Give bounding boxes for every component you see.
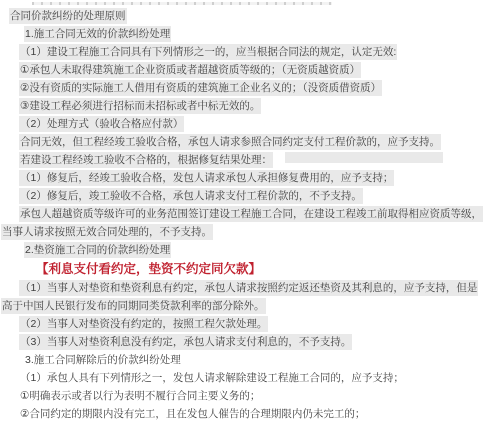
doc-line: 合同无效，但工程经竣工验收合格，承包人请求参照合同约定支付工程价款的，应予支持。 — [19, 133, 495, 151]
doc-line: ②没有资质的实际施工人借用有资质的建筑施工企业名义的；（没资质借资质） — [19, 79, 495, 97]
section-1-heading-text: 1.施工合同无效的价款纠纷处理 — [24, 26, 171, 42]
doc-line-text: （1）承包人具有下列情形之一，发包人请求解除建设工程施工合同的，应予支持； — [19, 370, 405, 386]
doc-line-text: 合同无效，但工程经竣工验收合格，承包人请求参照合同约定支付工程价款的，应予支持。 — [19, 134, 441, 150]
page-title-text: 合同价款纠纷的处理原则 — [9, 8, 127, 24]
doc-line-text: （1）建设工程施工合同具有下列情形之一的，应当根据合同法的规定，认定无效: — [19, 44, 397, 60]
doc-line-text: （1）当事人对垫资和垫资利息有约定，承包人请求按照约定返还垫资及其利息的，应予支… — [19, 280, 478, 296]
section-3-heading: 3.施工合同解除后的价款纠纷处理 — [24, 351, 495, 369]
doc-line: （1）当事人对垫资和垫资利息有约定，承包人请求按照约定返还垫资及其利息的，应予支… — [19, 279, 495, 297]
section-3-heading-text: 3.施工合同解除后的价款纠纷处理 — [24, 352, 182, 368]
section-1-heading: 1.施工合同无效的价款纠纷处理 — [24, 25, 495, 43]
doc-line: （2）修复后，竣工验收不合格，承包人请求支付工程价款的，不予支持。 — [19, 187, 495, 205]
doc-line: 若建设工程经竣工验收不合格的，根据修复结果处理： — [19, 151, 495, 169]
doc-line: （2）处理方式（验收合格应付款） — [19, 115, 495, 133]
doc-line: ①明确表示或者以行为表明不履行合同主要义务的； — [19, 387, 495, 405]
doc-line-text: （3）当事人对垫资利息没有约定，承包人请求支付利息的，不予支持。 — [19, 334, 352, 350]
doc-line-text: ①承包人未取得建筑施工企业资质或者超越资质等级的；（无资质越资质） — [19, 62, 361, 78]
keypoint-text: 【利息支付看约定，垫资不约定同欠款】 — [35, 260, 262, 278]
section-2-heading-text: 2.垫资施工合同的价款纠纷处理 — [24, 242, 171, 258]
doc-line: （1）修复后，经竣工验收合格，发包人请求承包人承担修复费用的，应予支持； — [19, 169, 495, 187]
doc-line: 高于中国人民银行发布的同期同类贷款利率的部分除外。 — [1, 297, 495, 315]
doc-line-text: 高于中国人民银行发布的同期同类贷款利率的部分除外。 — [1, 298, 266, 314]
section-2-heading: 2.垫资施工合同的价款纠纷处理 — [24, 241, 495, 259]
doc-line-text: 当事人请求按照无效合同处理的，不予支持。 — [1, 224, 213, 240]
clipped-previous-line — [32, 2, 332, 5]
doc-line-text: 若建设工程经竣工验收不合格的，根据修复结果处理： — [19, 152, 273, 168]
doc-line-text: （2）修复后，竣工验收不合格，承包人请求支付工程价款的，不予支持。 — [19, 188, 363, 204]
page-title: 合同价款纠纷的处理原则 — [9, 7, 495, 25]
doc-line-text: ②合同约定的期限内没有完工，且在发包人催告的合理期限内仍未完工的； — [19, 406, 366, 422]
doc-line: ②合同约定的期限内没有完工，且在发包人催告的合理期限内仍未完工的； — [19, 405, 495, 423]
doc-line-text: ③建设工程必须进行招标而未招标或者中标无效的。 — [19, 98, 261, 114]
doc-line: ①承包人未取得建筑施工企业资质或者超越资质等级的；（无资质越资质） — [19, 61, 495, 79]
doc-line: ③建设工程必须进行招标而未招标或者中标无效的。 — [19, 97, 495, 115]
doc-line-text: ②没有资质的实际施工人借用有资质的建筑施工企业名义的；（没资质借资质） — [19, 80, 382, 96]
doc-line: （2）当事人对垫资没有约定的，按照工程欠款处理。 — [19, 315, 495, 333]
trailing-highlight-bar — [285, 152, 443, 163]
doc-line-text: （2）处理方式（验收合格应付款） — [19, 116, 184, 132]
doc-line-text: （2）当事人对垫资没有约定的，按照工程欠款处理。 — [19, 316, 268, 332]
doc-line: 当事人请求按照无效合同处理的，不予支持。 — [1, 223, 495, 241]
doc-line-text: 承包人超越资质等级许可的业务范围签订建设工程施工合同，在建设工程竣工前取得相应资… — [19, 206, 483, 222]
doc-line-text: ①明确表示或者以行为表明不履行合同主要义务的； — [19, 388, 261, 404]
doc-line: 承包人超越资质等级许可的业务范围签订建设工程施工合同，在建设工程竣工前取得相应资… — [19, 205, 495, 223]
doc-line: （1）建设工程施工合同具有下列情形之一的，应当根据合同法的规定，认定无效: — [19, 43, 495, 61]
doc-line-text: （1）修复后，经竣工验收合格，发包人请求承包人承担修复费用的，应予支持； — [19, 170, 394, 186]
keypoint-highlight: 【利息支付看约定，垫资不约定同欠款】 — [35, 259, 495, 279]
doc-line: （1）承包人具有下列情形之一，发包人请求解除建设工程施工合同的，应予支持； — [19, 369, 495, 387]
document-page: 合同价款纠纷的处理原则 1.施工合同无效的价款纠纷处理 （1）建设工程施工合同具… — [0, 0, 495, 432]
doc-line: （3）当事人对垫资利息没有约定，承包人请求支付利息的，不予支持。 — [19, 333, 495, 351]
